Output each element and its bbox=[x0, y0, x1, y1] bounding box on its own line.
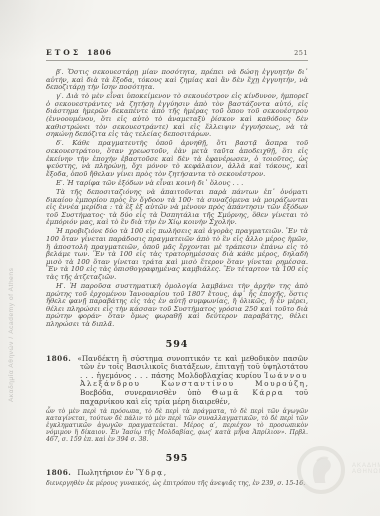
library-stamp: ΑΚΑΔΗΜΙΑ ΑΘΗΝΩΝ bbox=[294, 443, 380, 503]
paragraph: Ε′. Ἡ ταρίφα τῶν ἐξόδων νὰ εἶναι κοινὴ δ… bbox=[46, 180, 308, 188]
entry-annotation: διενεργηθὲν ἐκ μέρους γυναικός, ὡς ἐπιτρ… bbox=[46, 480, 308, 487]
entry-number: 594 bbox=[46, 339, 308, 350]
paragraph: Ἡ προβιζιόνε δύο τὰ 100 εἰς πωλήσεις καὶ… bbox=[46, 228, 308, 281]
year-heading: ΕΤΟΣ1806 bbox=[46, 48, 112, 57]
catalog-entry-595: 595 1806.Πωλητήριον ἐν Ὕδρᾳ, διενεργηθὲν… bbox=[46, 453, 308, 487]
body-text-block: β′. Ὅστις σεκουεστάρῃ μίαν ποσότητα, πρέ… bbox=[46, 69, 308, 329]
entry-title: 1806.Πωλητήριον ἐν Ὕδρᾳ, bbox=[46, 469, 308, 478]
page-number: 251 bbox=[294, 49, 308, 57]
entry-annotation: ὧν τὸ μὲν περὶ τὰ πρόσωπα, τὸ δὲ περὶ τὰ… bbox=[46, 408, 308, 443]
header-rule bbox=[46, 60, 308, 61]
year-value: 1806 bbox=[87, 48, 112, 57]
page-content: ΕΤΟΣ1806 251 β′. Ὅστις σεκουεστάρῃ μίαν … bbox=[46, 48, 308, 487]
entry-title-text: Πωλητήριον ἐν bbox=[77, 468, 136, 477]
paragraph: γ′. Διὰ τὸ μὲν εἶναι ὑποκείμενον τὸ σεκο… bbox=[46, 93, 308, 139]
entry-number: 595 bbox=[46, 453, 308, 464]
paragraph: δ′. Κάθε πραγματευτὴς ὁποῦ ἀρνηθῇ, ὅτι β… bbox=[46, 140, 308, 178]
paragraph: Η′. Ἡ παροῦσα συστηματικὴ ὁμολογία λαμβά… bbox=[46, 283, 308, 329]
page-header: ΕΤΟΣ1806 251 bbox=[46, 48, 308, 57]
archive-watermark-text: Ακαδημία Αθηνών / Academy of Athens bbox=[8, 140, 15, 402]
scanned-document-page: Ακαδημία Αθηνών / Academy of Athens ΕΤΟΣ… bbox=[0, 0, 380, 516]
entry-year: 1806. bbox=[46, 354, 71, 363]
athena-head-stamp-icon bbox=[294, 443, 352, 499]
place-name: Ὕδρᾳ bbox=[136, 468, 164, 477]
paragraph: β′. Ὅστις σεκουεστάρῃ μίαν ποσότητα, πρέ… bbox=[46, 69, 308, 92]
paragraph: Τὰ τῆς δεποσιταζιόνης νὰ ἀπαιτοῦνται παρ… bbox=[46, 189, 308, 227]
stamp-caption: ΑΚΑΔΗΜΙΑ ΑΘΗΝΩΝ bbox=[352, 463, 380, 475]
entry-title: 1806.«Πανδέκτη ἢ σύστημα συνοπτικόν τε κ… bbox=[46, 355, 308, 407]
entry-title-text: , bbox=[164, 468, 166, 477]
year-label: ΕΤΟΣ bbox=[46, 48, 81, 57]
catalog-entry-594: 594 1806.«Πανδέκτη ἢ σύστημα συνοπτικόν … bbox=[46, 339, 308, 444]
entry-year: 1806. bbox=[46, 468, 71, 477]
